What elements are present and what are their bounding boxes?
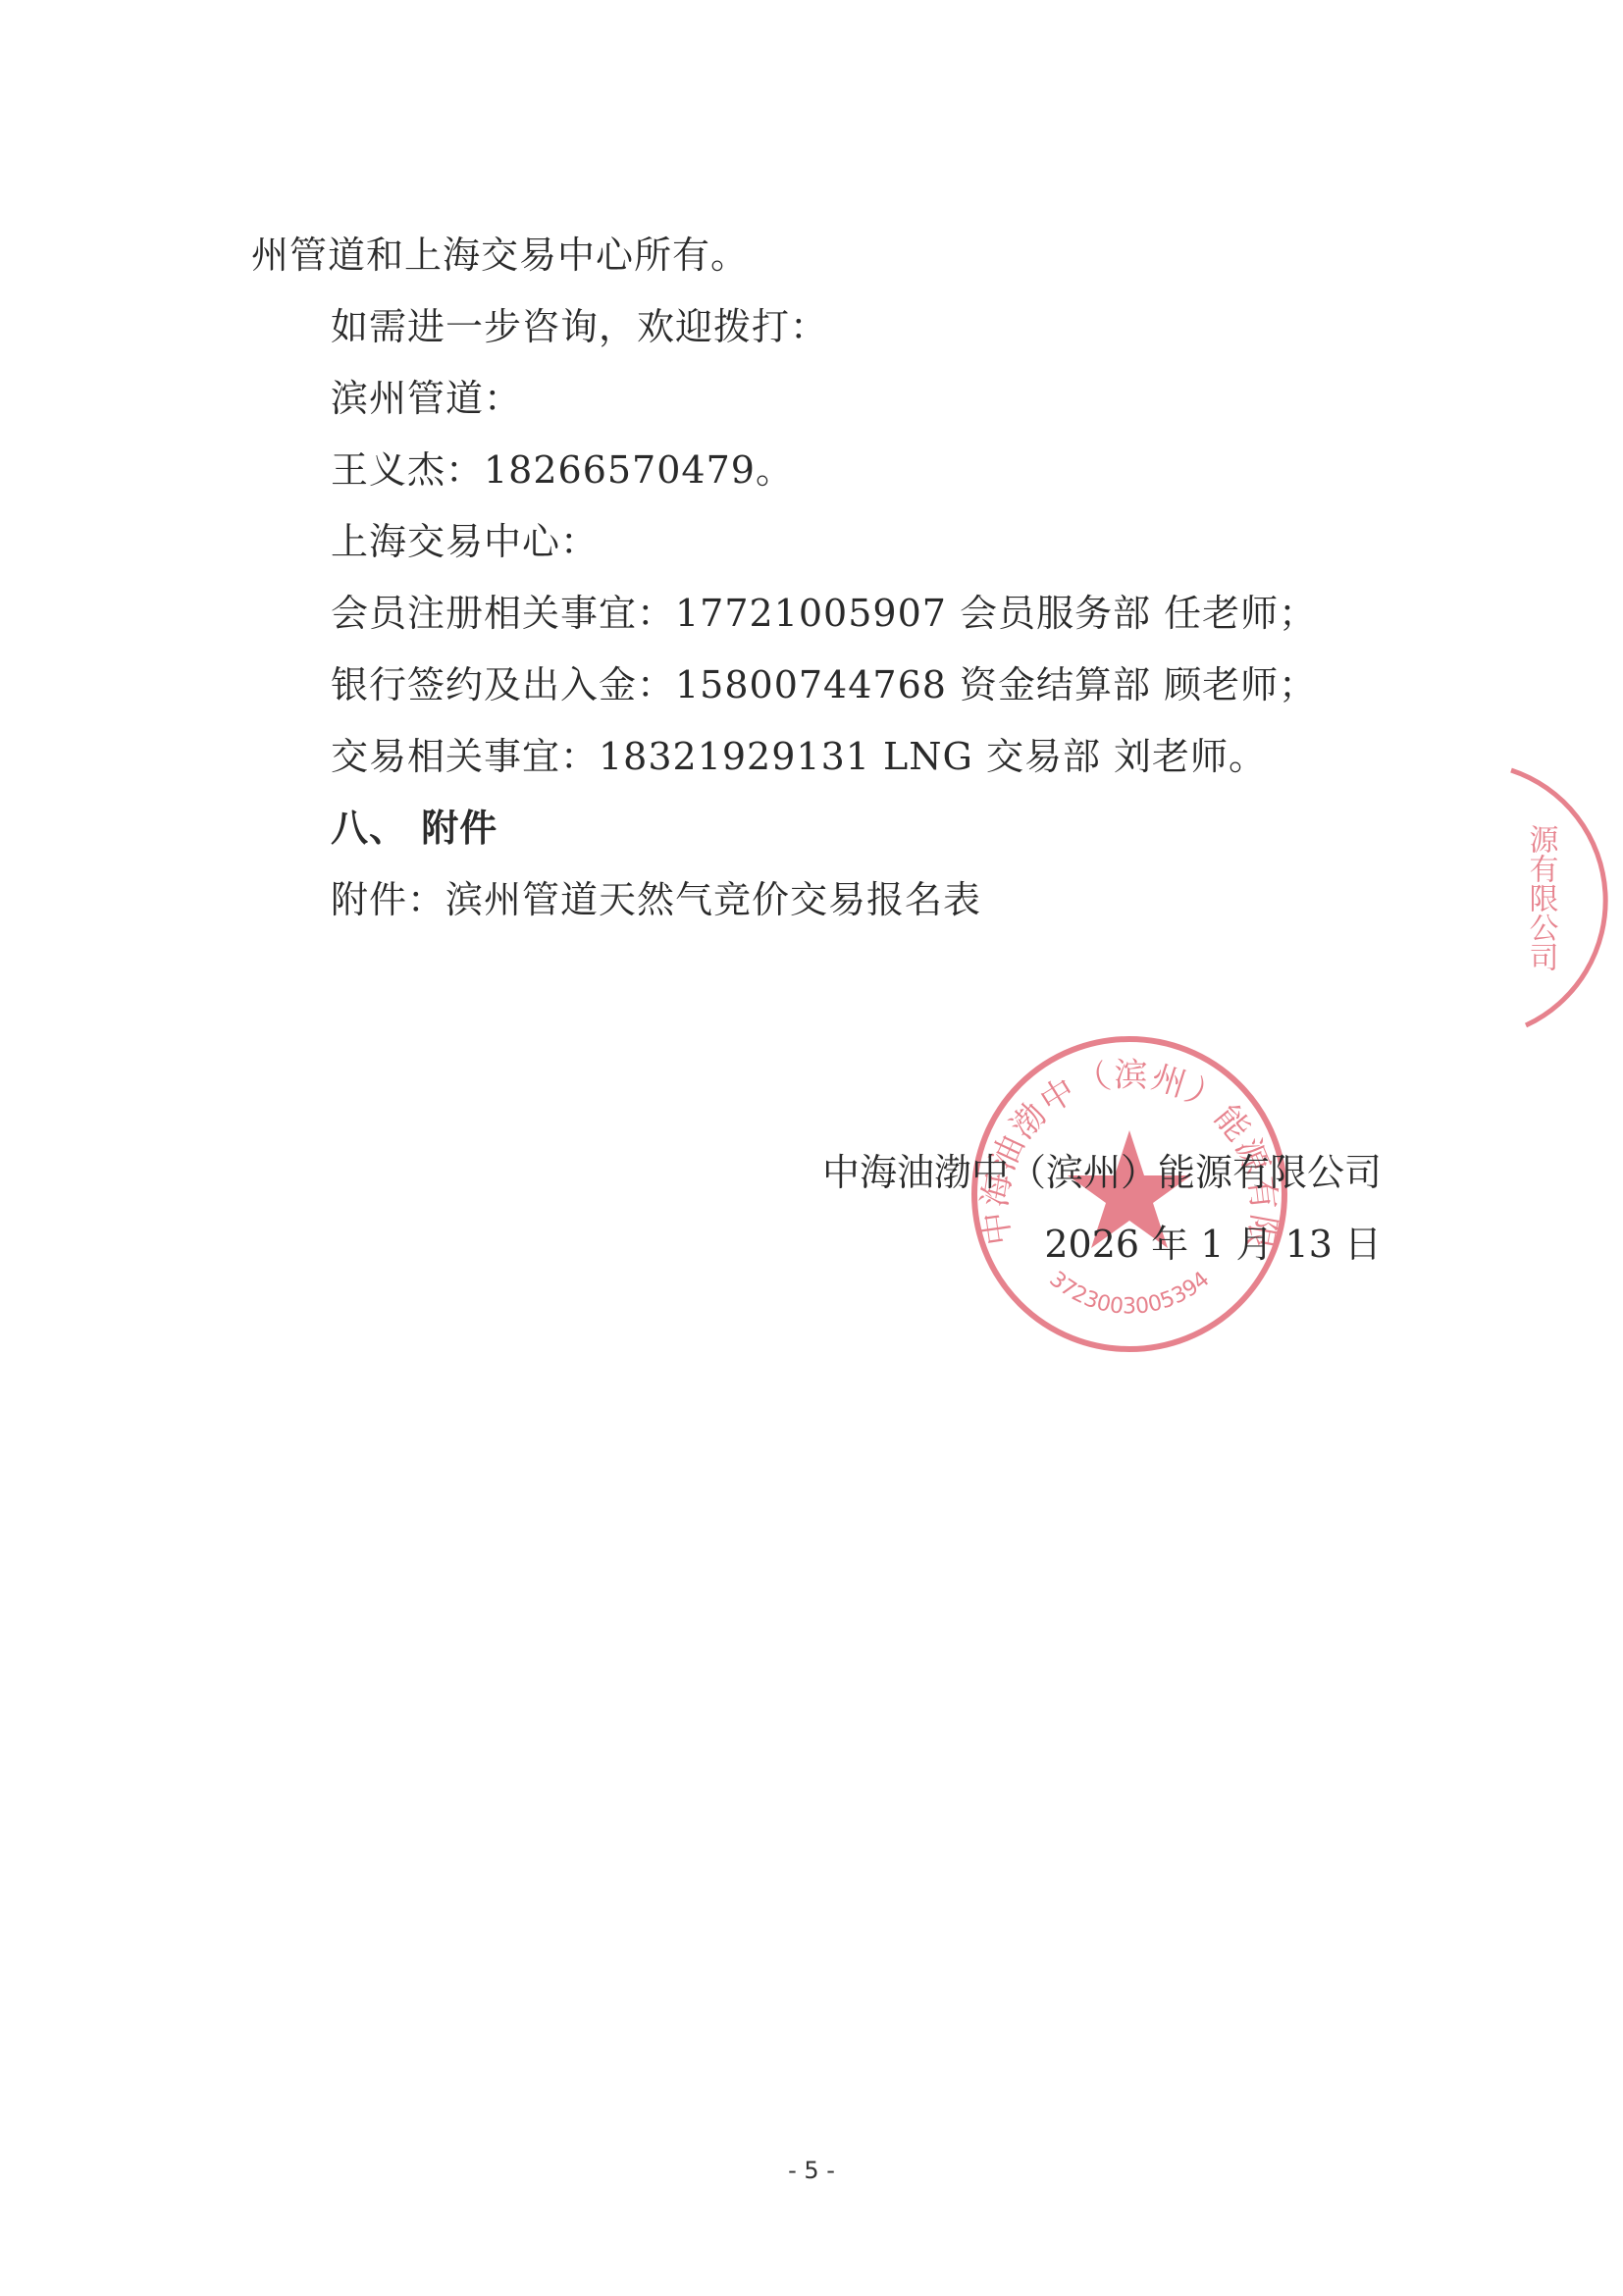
company-seal-icon: 中海油渤中（滨州）能源有限公司 3723003005394 bbox=[968, 1032, 1291, 1356]
signature-date: 2026 年 1 月 13 日 bbox=[1044, 1223, 1382, 1266]
attachment-line: 附件：滨州管道天然气竞价交易报名表 bbox=[331, 878, 981, 921]
section-heading: 八、 附件 bbox=[331, 807, 497, 850]
seam-seal-text: 源有限公司 bbox=[1524, 824, 1559, 971]
body-line-1: 州管道和上海交易中心所有。 bbox=[251, 234, 749, 277]
svg-text:3723003005394: 3723003005394 bbox=[1044, 1267, 1214, 1319]
body-line-2: 如需进一步咨询，欢迎拨打： bbox=[331, 305, 828, 348]
body-line-4: 王义杰：18266570479。 bbox=[331, 448, 794, 492]
seam-seal-icon: 源有限公司 bbox=[1472, 756, 1623, 1040]
signature-company: 中海油渤中（滨州）能源有限公司 bbox=[822, 1151, 1382, 1194]
seal-code: 3723003005394 bbox=[1044, 1267, 1214, 1319]
body-line-5: 上海交易中心： bbox=[331, 520, 599, 563]
body-line-6: 会员注册相关事宜：17721005907 会员服务部 任老师； bbox=[331, 592, 1317, 635]
page-number: - 5 - bbox=[0, 2157, 1623, 2184]
body-line-7: 银行签约及出入金：15800744768 资金结算部 顾老师； bbox=[331, 663, 1317, 706]
body-line-8: 交易相关事宜：18321929131 LNG 交易部 刘老师。 bbox=[331, 735, 1267, 778]
body-line-3: 滨州管道： bbox=[331, 377, 522, 420]
